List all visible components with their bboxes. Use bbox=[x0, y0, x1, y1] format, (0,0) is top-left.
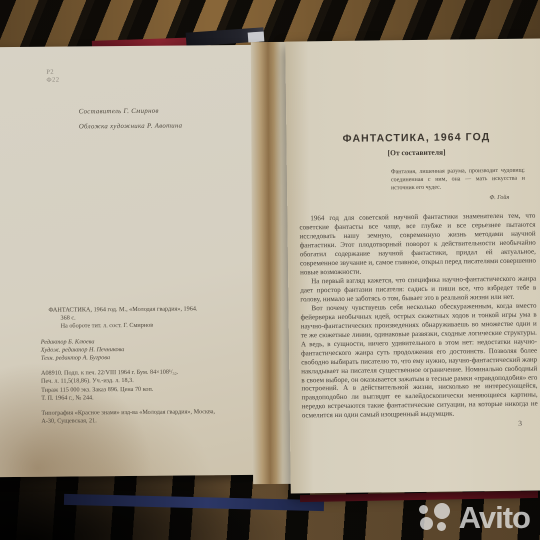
body-paragraph: 1964 год для советской научной фантастик… bbox=[299, 212, 536, 278]
body-paragraph: На первый взгляд кажется, что специфика … bbox=[300, 275, 536, 305]
avito-watermark: Avito bbox=[417, 500, 530, 536]
epigraph-attribution: Ф. Гойя bbox=[391, 194, 525, 204]
imprint-note: На обороте тит. л. сост. Г. Смирнов bbox=[61, 321, 233, 331]
right-page: ФАНТАСТИКА, 1964 ГОД [От составителя] Фа… bbox=[285, 38, 540, 493]
cover-artist-line: Обложка художника Р. Авотина bbox=[79, 123, 183, 131]
right-page-content: ФАНТАСТИКА, 1964 ГОД [От составителя] Фа… bbox=[297, 39, 538, 421]
body-text: 1964 год для советской научной фантастик… bbox=[299, 212, 537, 421]
compiler-line: Составитель Г. Смирнов bbox=[79, 108, 183, 116]
imprint-editors: Редактор Б. Клюева Худож. редактор Н. Пе… bbox=[41, 337, 233, 363]
avito-watermark-label: Avito bbox=[459, 500, 530, 536]
imprint-printer: Типография «Красное знамя» изд-ва «Молод… bbox=[41, 408, 219, 426]
epigraph-text: Фантазия, лишенная разума, производит чу… bbox=[391, 167, 525, 193]
body-paragraph: Вот почему чувствуешь себя несколько обе… bbox=[300, 301, 537, 420]
page-number: 3 bbox=[518, 419, 522, 428]
chapter-subtitle: [От составителя] bbox=[299, 147, 535, 159]
left-page: Р2 Ф22 Составитель Г. Смирнов Обложка ху… bbox=[0, 45, 266, 477]
chapter-title: ФАНТАСТИКА, 1964 ГОД bbox=[298, 131, 534, 146]
imprint-editor-line: Техн. редактор А. Бугрова bbox=[41, 353, 233, 363]
imprint-block: ФАНТАСТИКА, 1964 год. М., «Молодая гвард… bbox=[40, 305, 233, 426]
avito-logo-icon bbox=[417, 501, 454, 535]
imprint-print-run: А08910. Подп. к печ. 22/VIII 1964 г. Бум… bbox=[41, 368, 233, 402]
book-photo: Р2 Ф22 Составитель Г. Смирнов Обложка ху… bbox=[0, 0, 540, 540]
stamp-line-2: Ф22 bbox=[46, 76, 59, 84]
library-stamp: Р2 Ф22 bbox=[46, 68, 60, 84]
credits-block: Составитель Г. Смирнов Обложка художника… bbox=[79, 108, 183, 139]
book-cover-edge-white-top bbox=[248, 31, 265, 42]
imprint-print-line: Т. П. 1964 г., № 244. bbox=[41, 393, 233, 403]
epigraph: Фантазия, лишенная разума, производит чу… bbox=[391, 167, 525, 204]
